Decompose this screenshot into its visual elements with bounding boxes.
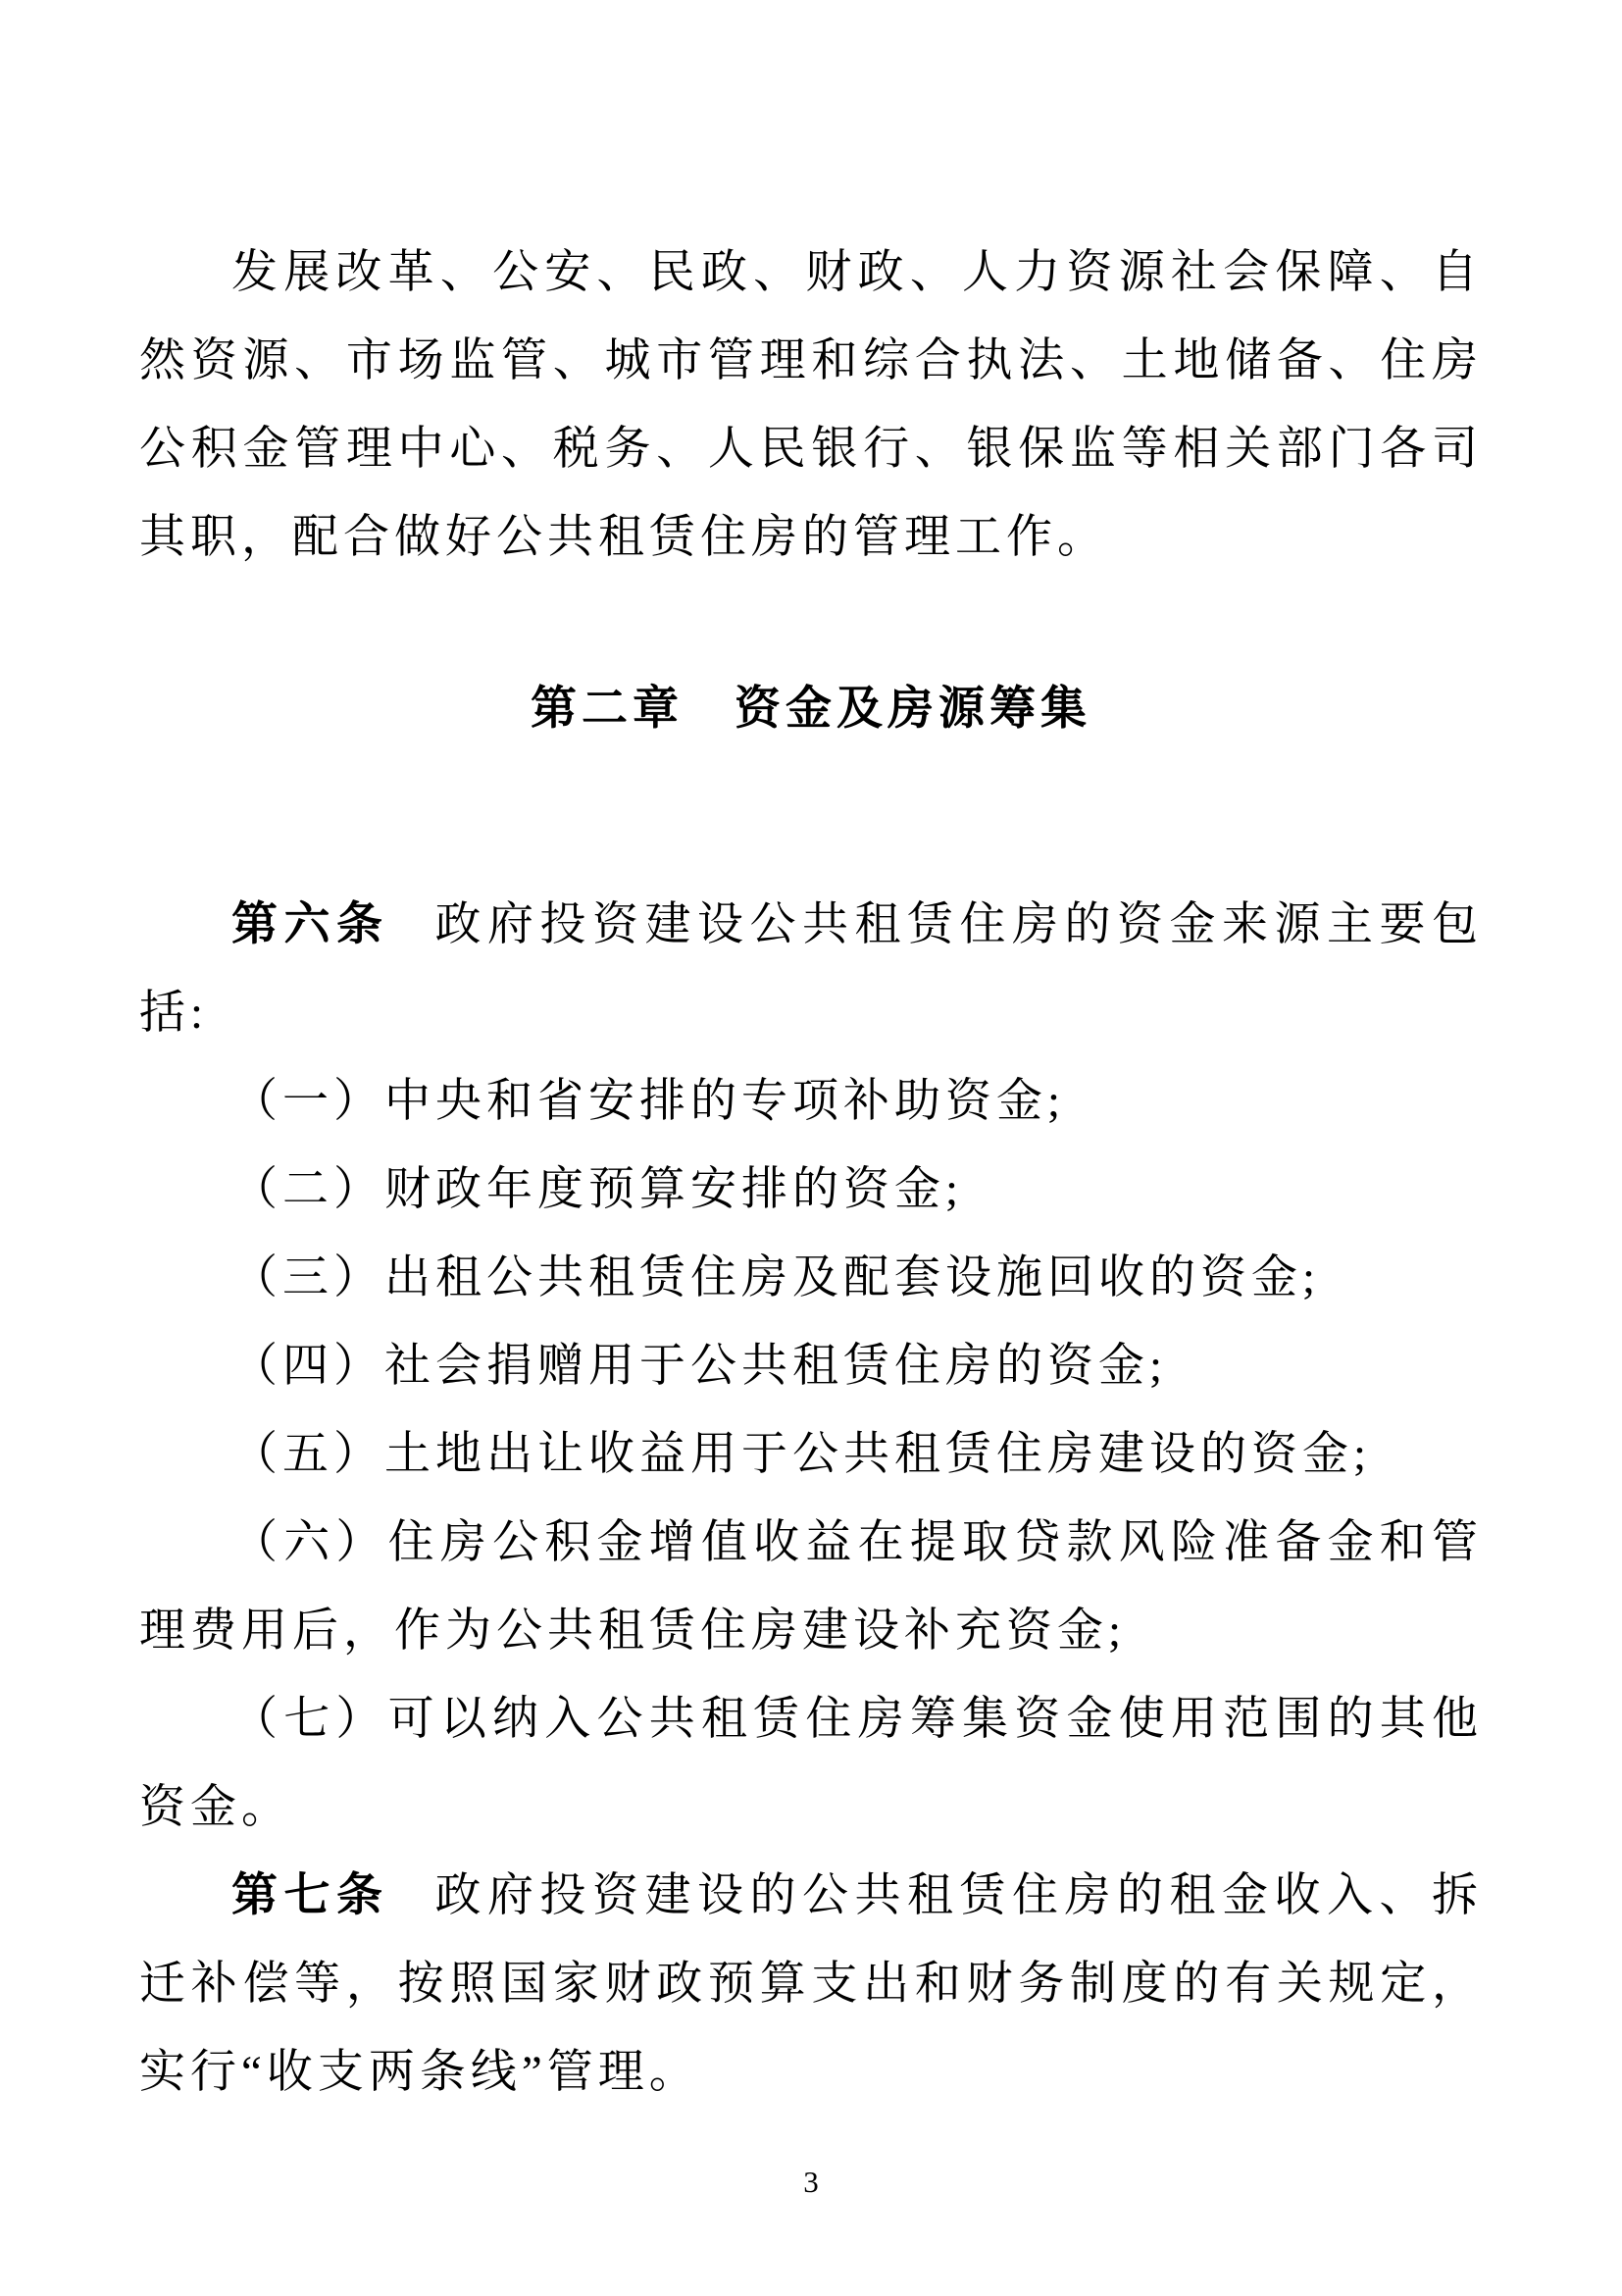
article-6-number: 第六条 <box>231 899 389 950</box>
article-7: 第七条政府投资建设的公共租赁住房的租金收入、拆迁补偿等，按照国家财政预算支出和财… <box>139 1852 1483 2117</box>
article-6-item-3: （三）出租公共租赁住房及配套设施回收的资金; <box>139 1234 1483 1322</box>
paragraph-departments: 发展改革、公安、民政、财政、人力资源社会保障、自然资源、市场监管、城市管理和综合… <box>139 229 1483 582</box>
article-6: 第六条政府投资建设公共租赁住房的资金来源主要包括: <box>139 881 1483 1057</box>
document-content: 发展改革、公安、民政、财政、人力资源社会保障、自然资源、市场监管、城市管理和综合… <box>139 229 1483 2117</box>
article-6-item-6: （六）住房公积金增值收益在提取贷款风险准备金和管理费用后，作为公共租赁住房建设补… <box>139 1499 1483 1675</box>
chapter-heading: 第二章 资金及房源筹集 <box>139 665 1483 753</box>
article-6-item-5: （五）土地出让收益用于公共租赁住房建设的资金; <box>139 1410 1483 1499</box>
article-6-item-4: （四）社会捐赠用于公共租赁住房的资金; <box>139 1322 1483 1410</box>
article-6-item-1: （一）中央和省安排的专项补助资金; <box>139 1057 1483 1146</box>
document-page: 发展改革、公安、民政、财政、人力资源社会保障、自然资源、市场监管、城市管理和综合… <box>0 0 1622 2296</box>
page-number: 3 <box>0 2163 1622 2202</box>
article-7-number: 第七条 <box>231 1870 389 1921</box>
article-6-item-2: （二）财政年度预算安排的资金; <box>139 1146 1483 1234</box>
article-6-item-7: （七）可以纳入公共租赁住房筹集资金使用范围的其他资金。 <box>139 1675 1483 1852</box>
